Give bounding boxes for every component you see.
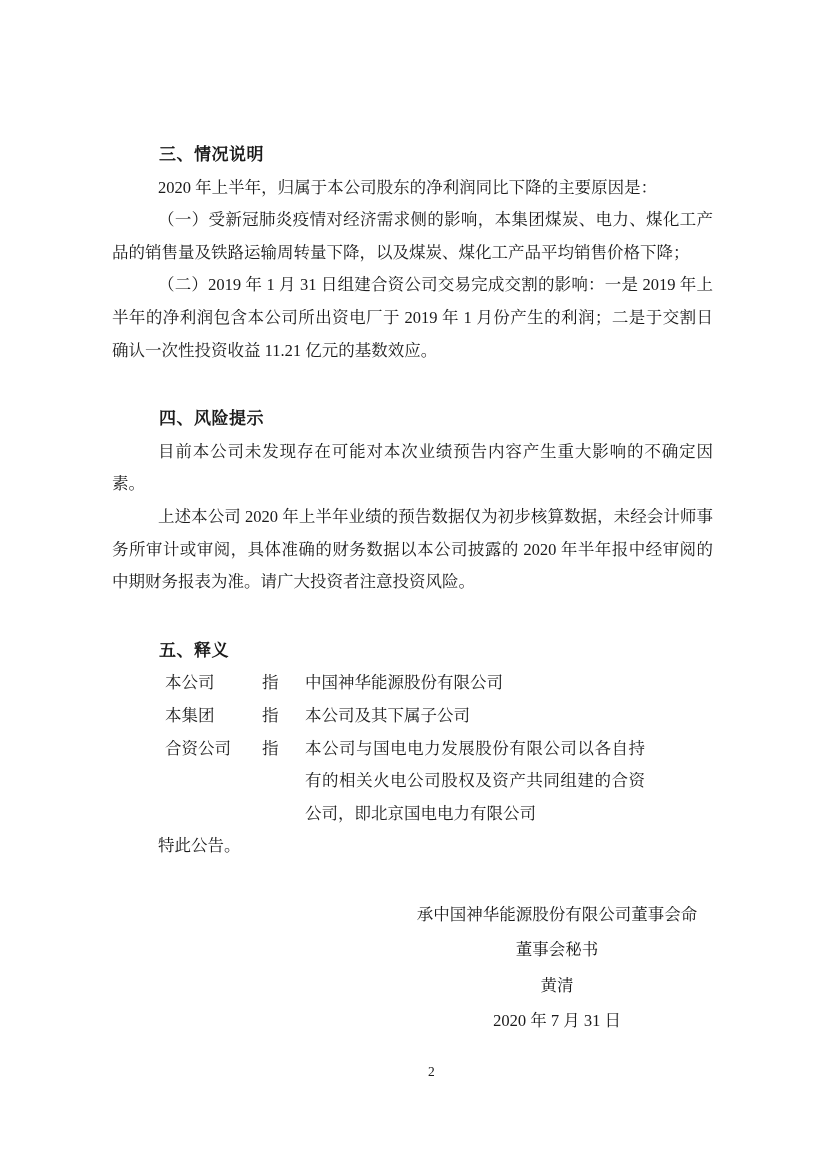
- signature-name: 黄清: [415, 968, 699, 1004]
- definition-row: 本集团 指 本公司及其下属子公司: [165, 700, 713, 733]
- paragraph: 上述本公司 2020 年上半年业绩的预告数据仅为初步核算数据，未经会计师事务所审…: [112, 501, 713, 599]
- paragraph: （一）受新冠肺炎疫情对经济需求侧的影响，本集团煤炭、电力、煤化工产品的销售量及铁…: [112, 204, 713, 269]
- signature-authority: 承中国神华能源股份有限公司董事会命: [415, 897, 699, 933]
- definition-term: 合资公司: [165, 733, 262, 831]
- definition-connector: 指: [262, 667, 305, 700]
- definition-text: 本公司及其下属子公司: [305, 700, 645, 733]
- section-situation-heading: 三、情况说明: [112, 139, 713, 172]
- definition-row: 本公司 指 中国神华能源股份有限公司: [165, 667, 713, 700]
- page-number: 2: [428, 1063, 435, 1081]
- paragraph: （二）2019 年 1 月 31 日组建合资公司交易完成交割的影响：一是 201…: [112, 269, 713, 367]
- paragraph: 2020 年上半年，归属于本公司股东的净利润同比下降的主要原因是：: [112, 172, 713, 205]
- document-page: 三、情况说明 2020 年上半年，归属于本公司股东的净利润同比下降的主要原因是：…: [0, 0, 827, 1169]
- definition-row: 合资公司 指 本公司与国电电力发展股份有限公司以各自持有的相关火电公司股权及资产…: [165, 733, 713, 831]
- paragraph: 目前本公司未发现存在可能对本次业绩预告内容产生重大影响的不确定因素。: [112, 436, 713, 501]
- section-risk-heading: 四、风险提示: [112, 403, 713, 436]
- signature-block: 承中国神华能源股份有限公司董事会命 董事会秘书 黄清 2020 年 7 月 31…: [415, 897, 699, 1039]
- definition-connector: 指: [262, 733, 305, 831]
- definition-connector: 指: [262, 700, 305, 733]
- signature-date: 2020 年 7 月 31 日: [415, 1003, 699, 1039]
- section-risk: 四、风险提示 目前本公司未发现存在可能对本次业绩预告内容产生重大影响的不确定因素…: [112, 403, 713, 599]
- section-definitions-heading: 五、释义: [112, 635, 713, 668]
- closing-statement: 特此公告。: [112, 830, 713, 863]
- section-situation: 三、情况说明 2020 年上半年，归属于本公司股东的净利润同比下降的主要原因是：…: [112, 139, 713, 367]
- definitions-table: 本公司 指 中国神华能源股份有限公司 本集团 指 本公司及其下属子公司 合资公司…: [112, 667, 713, 830]
- definition-text: 中国神华能源股份有限公司: [305, 667, 645, 700]
- signature-title: 董事会秘书: [415, 932, 699, 968]
- definition-term: 本集团: [165, 700, 262, 733]
- definition-text: 本公司与国电电力发展股份有限公司以各自持有的相关火电公司股权及资产共同组建的合资…: [305, 733, 645, 831]
- section-definitions: 五、释义 本公司 指 中国神华能源股份有限公司 本集团 指 本公司及其下属子公司…: [112, 635, 713, 831]
- definition-term: 本公司: [165, 667, 262, 700]
